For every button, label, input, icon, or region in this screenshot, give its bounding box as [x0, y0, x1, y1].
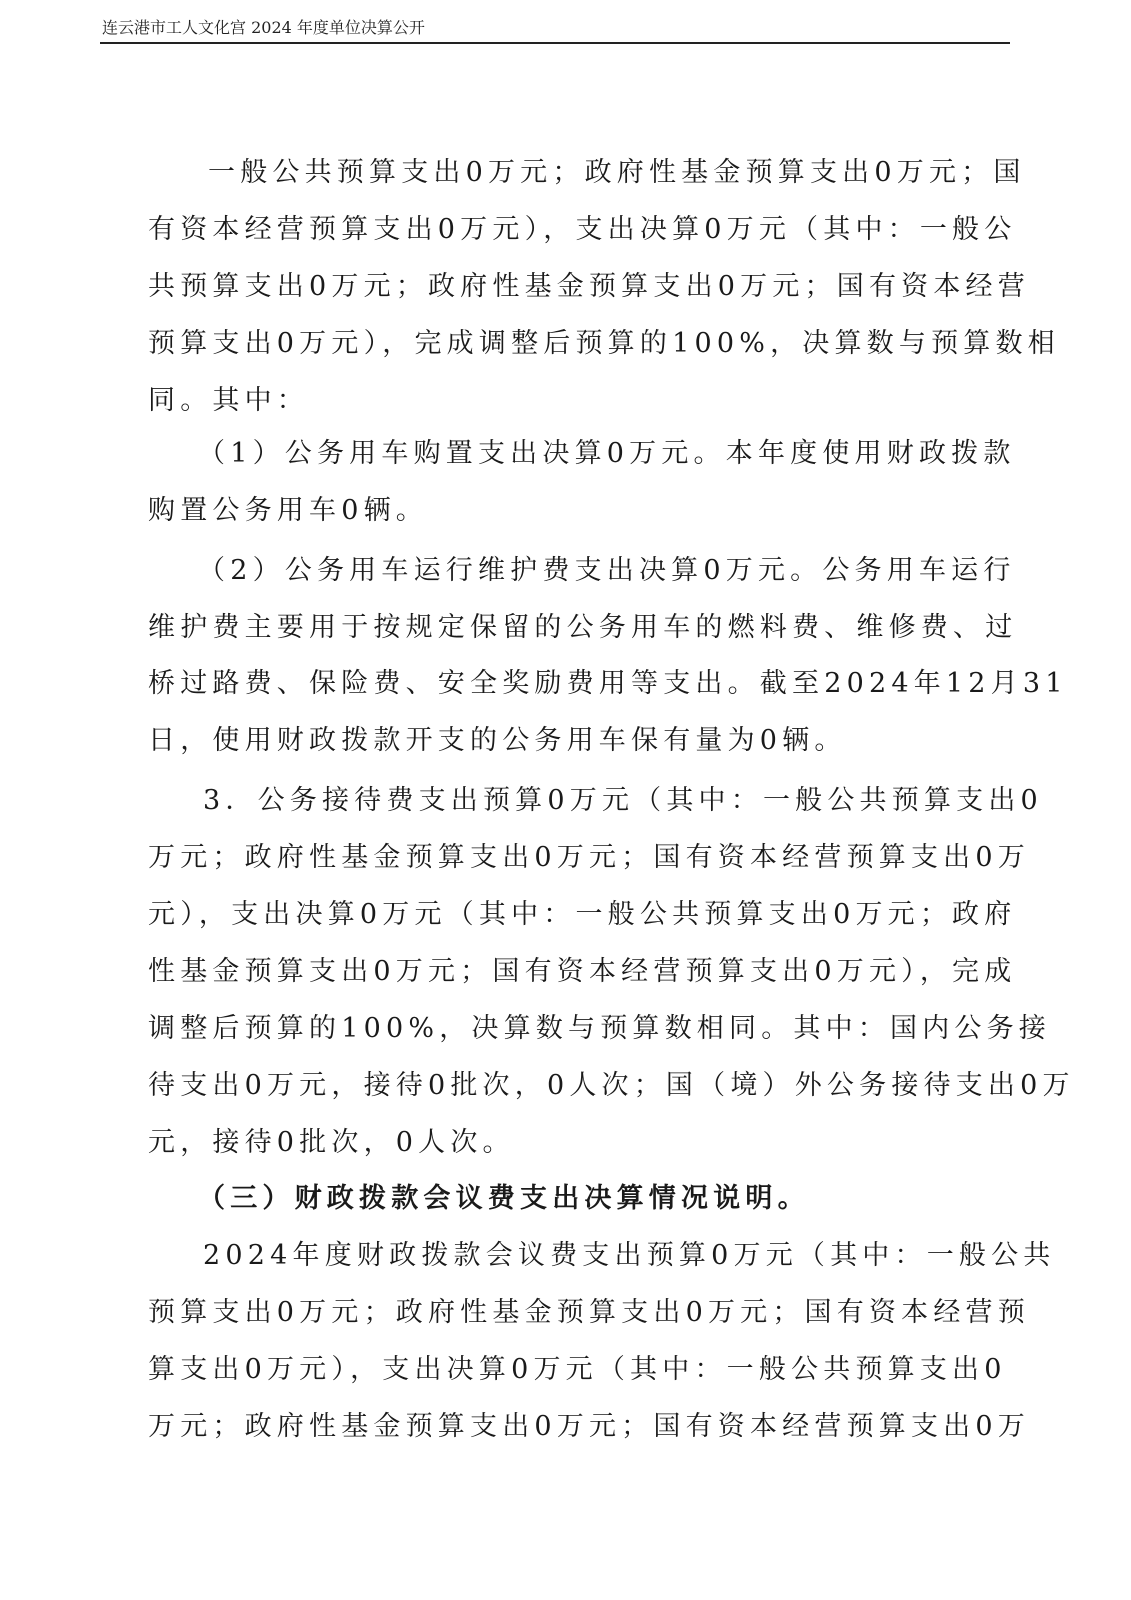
text-line: 待支出0万元，接待0批次，0人次；国（境）外公务接待支出0万 [148, 1068, 1075, 1104]
document-header-title: 连云港市工人文化宫 2024 年度单位决算公开 [102, 18, 425, 38]
text-line: 万元；政府性基金预算支出0万元；国有资本经营预算支出0万 [148, 840, 1030, 876]
text-line: 预算支出0万元），完成调整后预算的100%，决算数与预算数相 [148, 326, 1060, 362]
text-line: 维护费主要用于按规定保留的公务用车的燃料费、维修费、过 [148, 610, 1017, 646]
text-line: 元），支出决算0万元（其中：一般公共预算支出0万元；政府 [148, 897, 1016, 933]
section-heading: （三）财政拨款会议费支出决算情况说明。 [198, 1181, 810, 1217]
text-line: （2）公务用车运行维护费支出决算0万元。公务用车运行 [198, 553, 1016, 589]
text-line: 一般公共预算支出0万元；政府性基金预算支出0万元；国 [208, 155, 1026, 191]
text-line: 有资本经营预算支出0万元），支出决算0万元（其中：一般公 [148, 212, 1016, 248]
text-line: 预算支出0万元；政府性基金预算支出0万元；国有资本经营预 [148, 1295, 1030, 1331]
text-line: 调整后预算的100%，决算数与预算数相同。其中：国内公务接 [148, 1011, 1051, 1047]
text-line: 2024年度财政拨款会议费支出预算0万元（其中：一般公共 [203, 1238, 1056, 1274]
text-line: 3．公务接待费支出预算0万元（其中：一般公共预算支出0 [203, 783, 1043, 819]
text-line: 万元；政府性基金预算支出0万元；国有资本经营预算支出0万 [148, 1409, 1030, 1445]
text-line: 元，接待0批次，0人次。 [148, 1125, 515, 1161]
text-line: 算支出0万元），支出决算0万元（其中：一般公共预算支出0 [148, 1352, 1007, 1388]
text-line: 同。其中： [148, 383, 309, 419]
text-line: 性基金预算支出0万元；国有资本经营预算支出0万元），完成 [148, 954, 1016, 990]
text-line: （1）公务用车购置支出决算0万元。本年度使用财政拨款 [198, 436, 1016, 472]
text-line: 日，使用财政拨款开支的公务用车保有量为0辆。 [148, 723, 847, 759]
text-line: 购置公务用车0辆。 [148, 493, 428, 529]
page-header: 连云港市工人文化宫 2024 年度单位决算公开 [100, 18, 1010, 44]
text-line: 共预算支出0万元；政府性基金预算支出0万元；国有资本经营 [148, 269, 1030, 305]
text-line: 桥过路费、保险费、安全奖励费用等支出。截至2024年12月31 [148, 666, 1068, 702]
